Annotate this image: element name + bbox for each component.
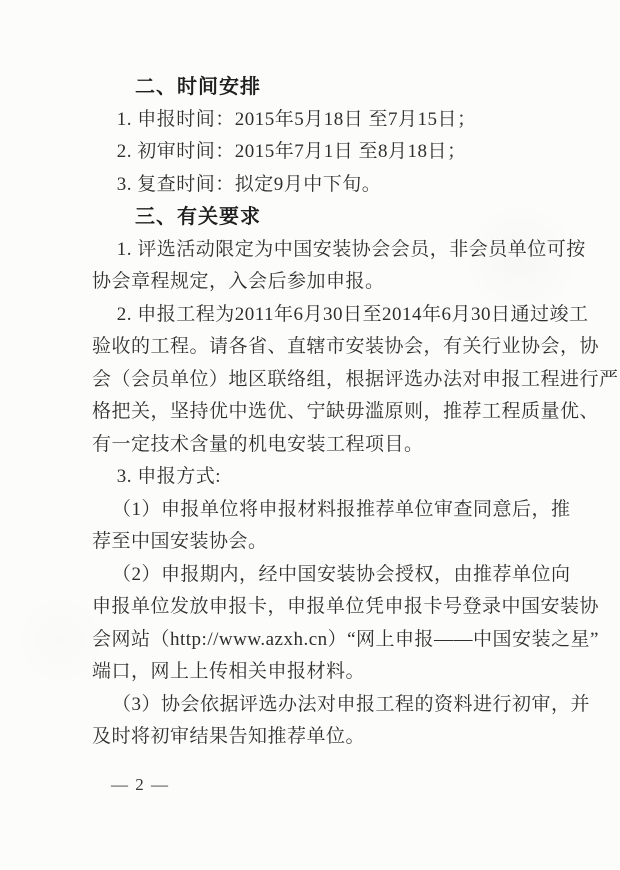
doc-line: 2. 申报工程为2011年6月30日至2014年6月30日通过竣工 — [92, 299, 544, 332]
doc-line: 格把关，坚持优中选优、宁缺毋滥原则，推荐工程质量优、 — [92, 396, 544, 429]
section-heading-time-schedule: 二、时间安排 — [92, 71, 544, 104]
doc-line: （3）协会依据评选办法对申报工程的资料进行初审，并 — [92, 689, 544, 722]
doc-line: 端口，网上上传相关申报材料。 — [92, 656, 544, 689]
doc-line: 及时将初审结果告知推荐单位。 — [92, 721, 544, 754]
doc-line: 1. 评选活动限定为中国安装协会会员，非会员单位可按 — [92, 234, 544, 267]
section-heading-requirements: 三、有关要求 — [92, 201, 544, 234]
page-number: — 2 — — [111, 774, 170, 795]
doc-line: 会（会员单位）地区联络组，根据评选办法对申报工程进行严 — [92, 364, 544, 397]
doc-line: 验收的工程。请各省、直辖市安装协会，有关行业协会，协 — [92, 331, 544, 364]
doc-line-declare-method: 3. 申报方式: — [92, 461, 544, 494]
document-text-block: 二、时间安排 1. 申报时间：2015年5月18日 至7月15日； 2. 初审时… — [92, 71, 544, 754]
document-page: 二、时间安排 1. 申报时间：2015年5月18日 至7月15日； 2. 初审时… — [0, 0, 620, 870]
doc-line: 荐至中国安装协会。 — [92, 526, 544, 559]
doc-line: 申报单位发放申报卡，申报单位凭申报卡号登录中国安装协 — [92, 591, 544, 624]
doc-line-first-review-time: 2. 初审时间：2015年7月1日 至8月18日； — [92, 136, 544, 169]
doc-line: 协会章程规定，入会后参加申报。 — [92, 266, 544, 299]
doc-line: （2）申报期内，经中国安装协会授权，由推荐单位向 — [92, 559, 544, 592]
doc-line-website-url: 会网站（http://www.azxh.cn）“网上申报——中国安装之星” — [92, 624, 544, 657]
doc-line-declare-time: 1. 申报时间：2015年5月18日 至7月15日； — [92, 104, 544, 137]
doc-line: 有一定技术含量的机电安装工程项目。 — [92, 429, 544, 462]
doc-line-recheck-time: 3. 复查时间：拟定9月中下旬。 — [92, 169, 544, 202]
doc-line: （1）申报单位将申报材料报推荐单位审查同意后，推 — [92, 494, 544, 527]
